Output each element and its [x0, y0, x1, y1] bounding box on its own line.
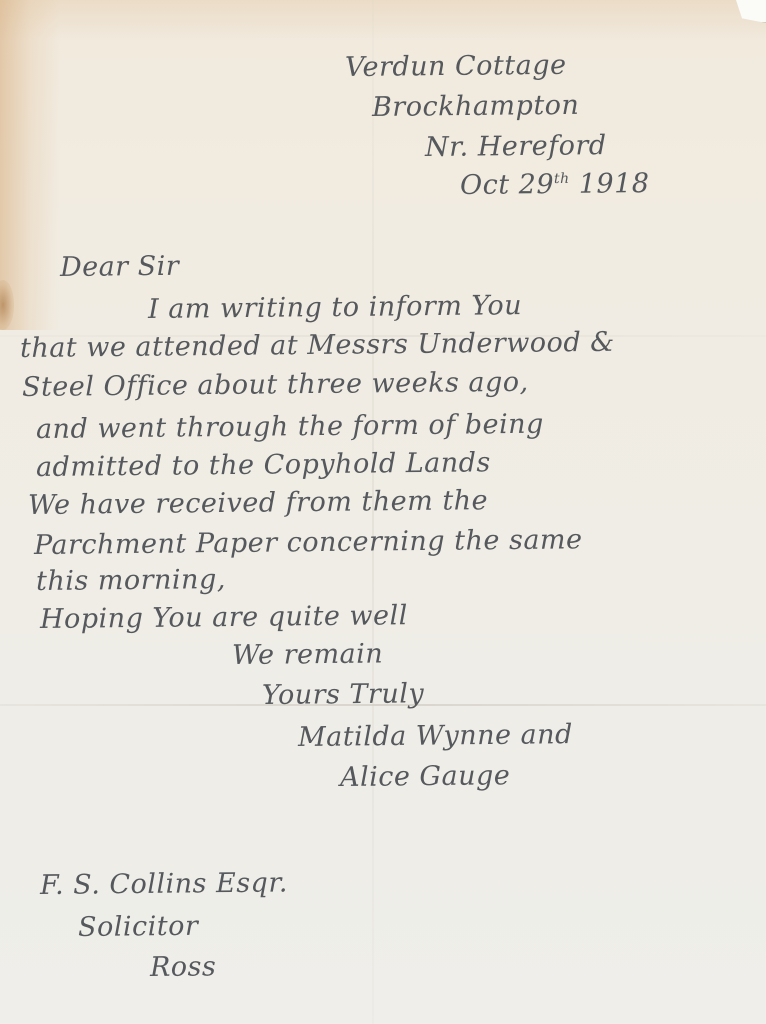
- address-line-2: Brockhampton: [372, 90, 580, 123]
- body-line: admitted to the Copyhold Lands: [36, 447, 491, 483]
- date-year: 1918: [579, 168, 650, 200]
- recipient-name: F. S. Collins Esqr.: [40, 867, 288, 901]
- date-day: Oct 29: [460, 169, 554, 201]
- date-suffix: th: [554, 171, 570, 187]
- body-line: and went through the form of being: [36, 409, 544, 445]
- salutation: Dear Sir: [60, 251, 180, 283]
- letter-date: Oct 29th 1918: [460, 168, 650, 201]
- address-line-3: Nr. Hereford: [425, 130, 607, 163]
- closing-line: Yours Truly: [262, 678, 424, 711]
- body-line: Hoping You are quite well: [40, 600, 408, 635]
- body-line: that we attended at Messrs Underwood &: [20, 327, 615, 364]
- body-line: We have received from them the: [28, 485, 488, 521]
- signature: Alice Gauge: [340, 760, 511, 793]
- closing-line: We remain: [232, 638, 384, 671]
- body-line: this morning,: [36, 564, 226, 597]
- body-line: Steel Office about three weeks ago,: [22, 367, 529, 403]
- signature: Matilda Wynne and: [298, 719, 573, 753]
- paper-stain-left: [0, 0, 60, 330]
- address-line-1: Verdun Cottage: [345, 50, 567, 83]
- recipient-place: Ross: [150, 951, 217, 983]
- paper-stain-top: [0, 0, 766, 40]
- recipient-title: Solicitor: [78, 911, 199, 943]
- body-line: I am writing to inform You: [148, 290, 522, 325]
- body-line: Parchment Paper concerning the same: [34, 524, 583, 561]
